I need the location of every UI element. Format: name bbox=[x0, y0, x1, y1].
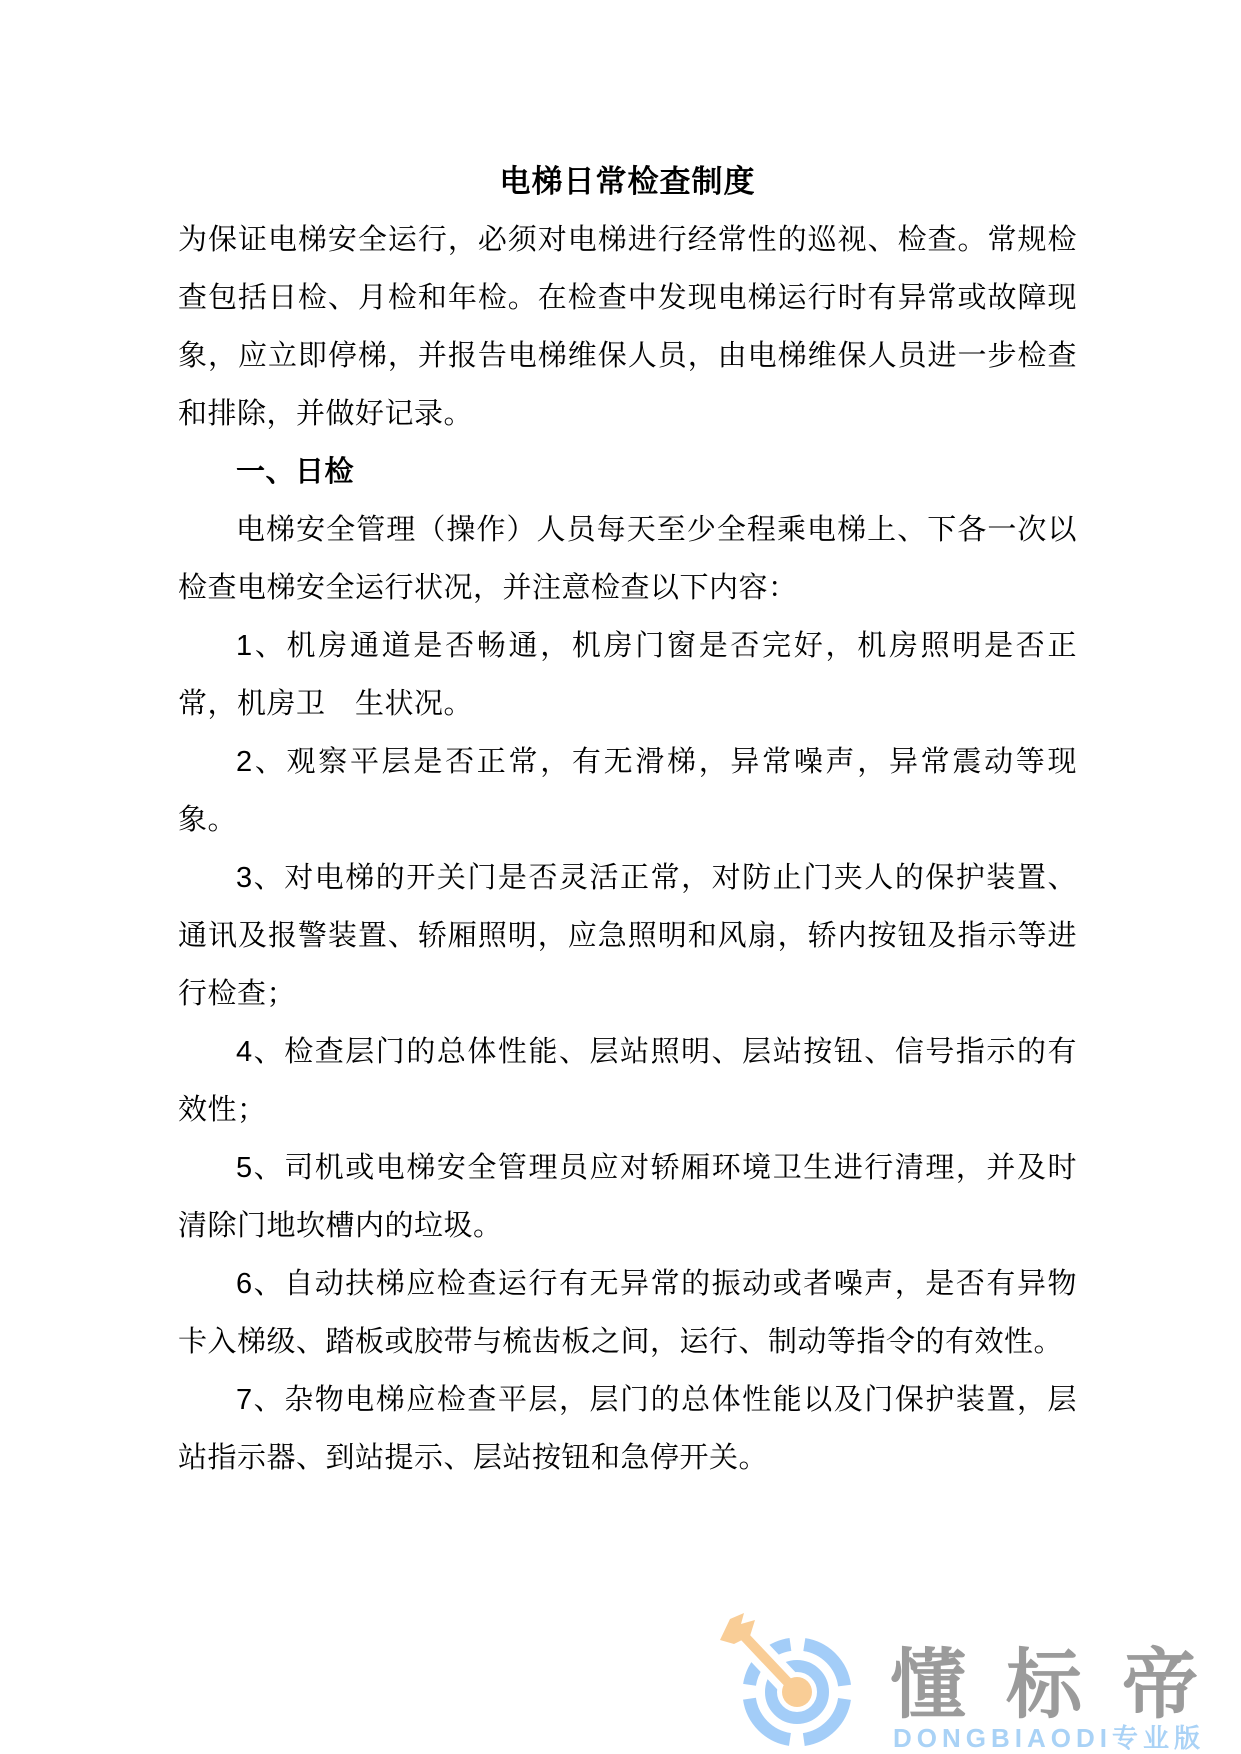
paragraph: 3、对电梯的开关门是否灵活正常，对防止门夹人的保护装置、通讯及报警装置、轿厢照明… bbox=[178, 849, 1077, 1023]
logo-center-dot bbox=[782, 1677, 812, 1707]
watermark-edition: 专业版 bbox=[1112, 1723, 1205, 1753]
target-arrow-logo-icon bbox=[712, 1610, 862, 1754]
watermark-brand-latin: DONGBIAODI bbox=[893, 1723, 1112, 1753]
paragraph: 电梯安全管理（操作）人员每天至少全程乘电梯上、下各一次以检查电梯安全运行状况，并… bbox=[178, 501, 1077, 617]
document-title: 电梯日常检查制度 bbox=[178, 153, 1077, 211]
paragraph: 4、检查层门的总体性能、层站照明、层站按钮、信号指示的有效性； bbox=[178, 1023, 1077, 1139]
watermark-brand-sub: DONGBIAODI专业版 bbox=[893, 1724, 1205, 1752]
document-body: 为保证电梯安全运行，必须对电梯进行经常性的巡视、检查。常规检查包括日检、月检和年… bbox=[178, 211, 1077, 1487]
document-content: 电梯日常检查制度 为保证电梯安全运行，必须对电梯进行经常性的巡视、检查。常规检查… bbox=[178, 153, 1077, 1487]
paragraph: 6、自动扶梯应检查运行有无异常的振动或者噪声，是否有异物卡入梯级、踏板或胶带与梳… bbox=[178, 1255, 1077, 1371]
paragraph: 7、杂物电梯应检查平层，层门的总体性能以及门保护装置，层站指示器、到站提示、层站… bbox=[178, 1371, 1077, 1487]
paragraph: 为保证电梯安全运行，必须对电梯进行经常性的巡视、检查。常规检查包括日检、月检和年… bbox=[178, 211, 1077, 443]
paragraph: 1、机房通道是否畅通，机房门窗是否完好，机房照明是否正常，机房卫 生状况。 bbox=[178, 617, 1077, 733]
watermark-brand-cn: 懂标帝 bbox=[890, 1646, 1238, 1726]
section-heading: 一、日检 bbox=[178, 443, 1077, 501]
document-page: 电梯日常检查制度 为保证电梯安全运行，必须对电梯进行经常性的巡视、检查。常规检查… bbox=[0, 0, 1241, 1754]
paragraph: 5、司机或电梯安全管理员应对轿厢环境卫生进行清理，并及时清除门地坎槽内的垃圾。 bbox=[178, 1139, 1077, 1255]
paragraph: 2、观察平层是否正常，有无滑梯，异常噪声，异常震动等现象。 bbox=[178, 733, 1077, 849]
